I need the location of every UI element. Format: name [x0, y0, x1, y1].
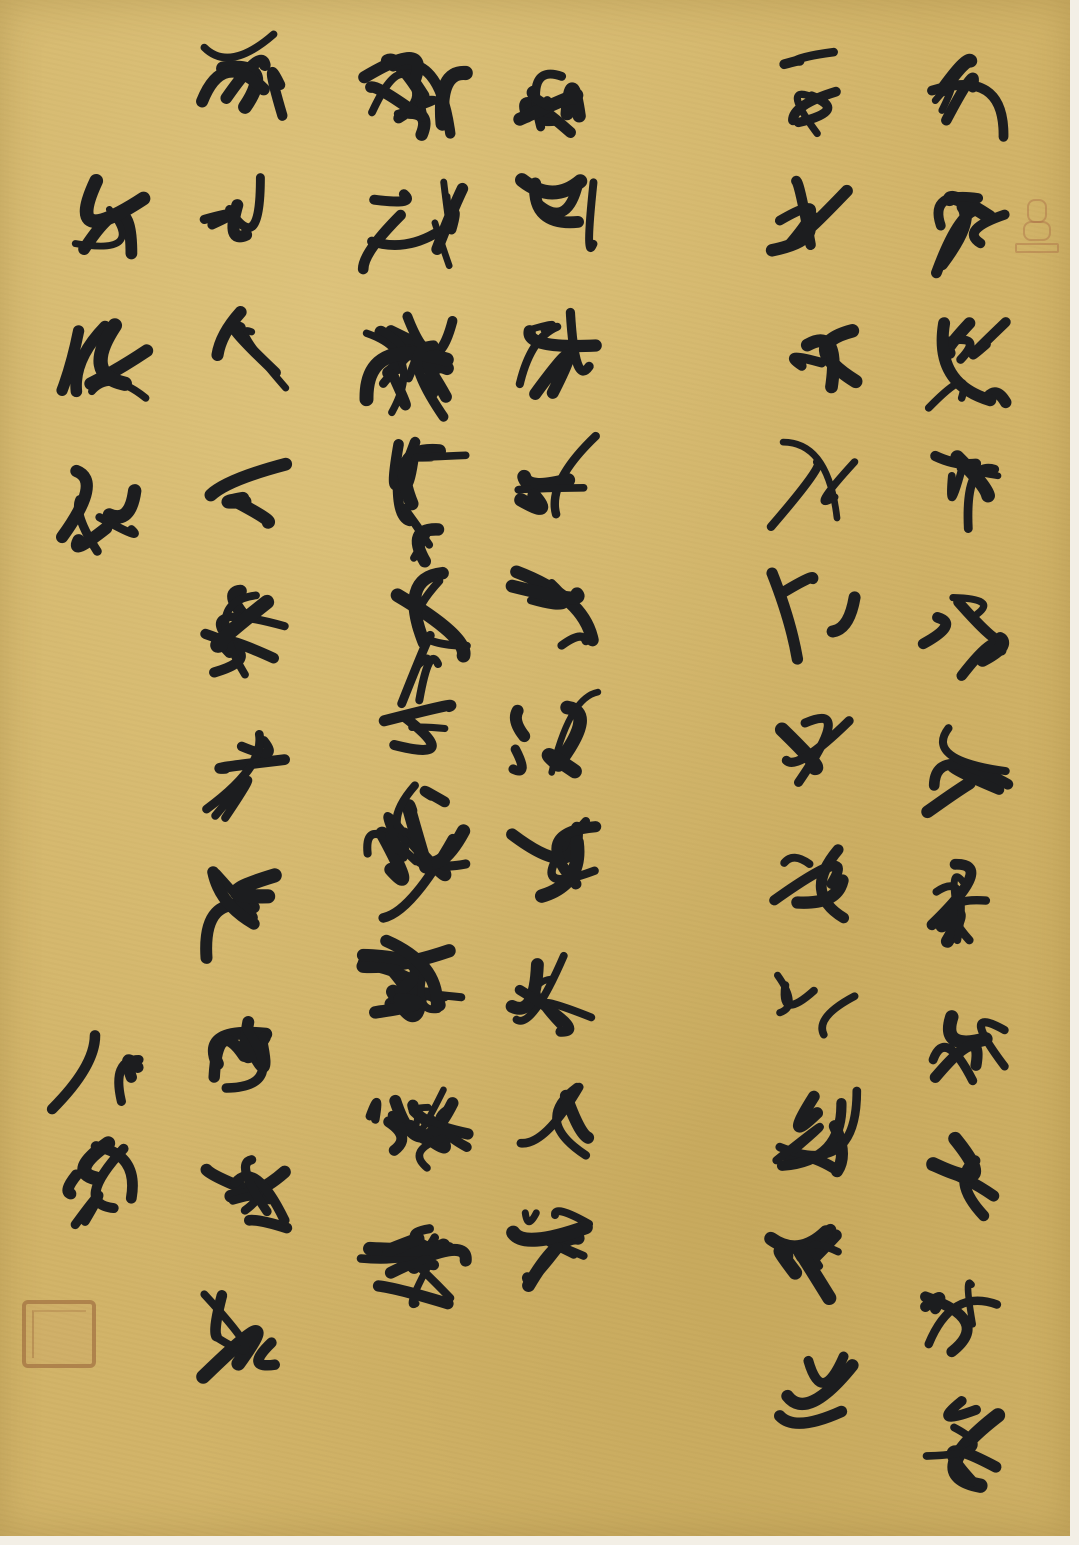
calligraphy-glyph — [760, 1340, 870, 1450]
text-column — [330, 0, 480, 1545]
calligraphy-glyph — [40, 1020, 150, 1130]
calligraphy-glyph — [760, 950, 870, 1060]
text-column — [170, 0, 320, 1545]
small-seal-icon — [1015, 195, 1055, 255]
calligraphy-glyph — [910, 1390, 1020, 1500]
calligraphy-glyph — [190, 1140, 300, 1250]
calligraphy-glyph — [760, 1080, 870, 1190]
calligraphy-glyph — [190, 300, 300, 410]
square-seal-icon — [22, 1300, 96, 1368]
calligraphy-glyph — [760, 560, 870, 670]
calligraphy-glyph — [910, 40, 1020, 150]
calligraphy-glyph — [760, 430, 870, 540]
calligraphy-glyph — [500, 168, 610, 278]
calligraphy-glyph — [350, 20, 460, 130]
calligraphy-glyph — [190, 160, 300, 270]
calligraphy-glyph — [910, 1120, 1020, 1230]
paper-edge-right — [1070, 0, 1079, 1545]
calligraphy-glyph — [910, 310, 1020, 420]
calligraphy-glyph — [760, 1210, 870, 1320]
calligraphy-glyph — [350, 770, 460, 880]
calligraphy-glyph — [760, 300, 870, 410]
calligraphy-glyph — [190, 1280, 300, 1390]
calligraphy-glyph — [350, 920, 460, 1030]
calligraphy-glyph — [500, 1064, 610, 1174]
calligraphy-glyph — [910, 175, 1020, 285]
calligraphy-glyph — [350, 1220, 460, 1330]
calligraphy-glyph — [350, 620, 460, 730]
calligraphy-glyph — [500, 1192, 610, 1302]
seal-inner — [32, 1310, 86, 1358]
calligraphy-glyph — [350, 170, 460, 280]
calligraphy-glyph — [760, 40, 870, 150]
calligraphy-glyph — [190, 20, 300, 130]
calligraphy-glyph — [910, 715, 1020, 825]
calligraphy-glyph — [500, 424, 610, 534]
calligraphy-glyph — [910, 1255, 1020, 1365]
calligraphy-glyph — [760, 170, 870, 280]
calligraphy-glyph — [190, 440, 300, 550]
calligraphy-glyph — [40, 1130, 150, 1240]
calligraphy-glyph — [500, 296, 610, 406]
calligraphy-glyph — [910, 850, 1020, 960]
calligraphy-glyph — [760, 820, 870, 930]
calligraphy-glyph — [910, 580, 1020, 690]
calligraphy-glyph — [910, 985, 1020, 1095]
calligraphy-glyph — [190, 1000, 300, 1110]
calligraphy-glyph — [910, 445, 1020, 555]
calligraphy-glyph — [500, 936, 610, 1046]
calligraphy-glyph — [350, 470, 460, 580]
calligraphy-glyph — [500, 552, 610, 662]
calligraphy-glyph — [500, 680, 610, 790]
calligraphy-glyph — [760, 690, 870, 800]
calligraphy-glyph — [350, 1070, 460, 1180]
text-column — [480, 0, 630, 1545]
calligraphy-glyph — [350, 320, 460, 430]
text-column — [740, 0, 890, 1545]
calligraphy-glyph — [500, 40, 610, 150]
calligraphy-glyph — [190, 720, 300, 830]
calligraphy-glyph — [190, 860, 300, 970]
calligraphy-glyph — [190, 580, 300, 690]
calligraphy-glyph — [500, 808, 610, 918]
